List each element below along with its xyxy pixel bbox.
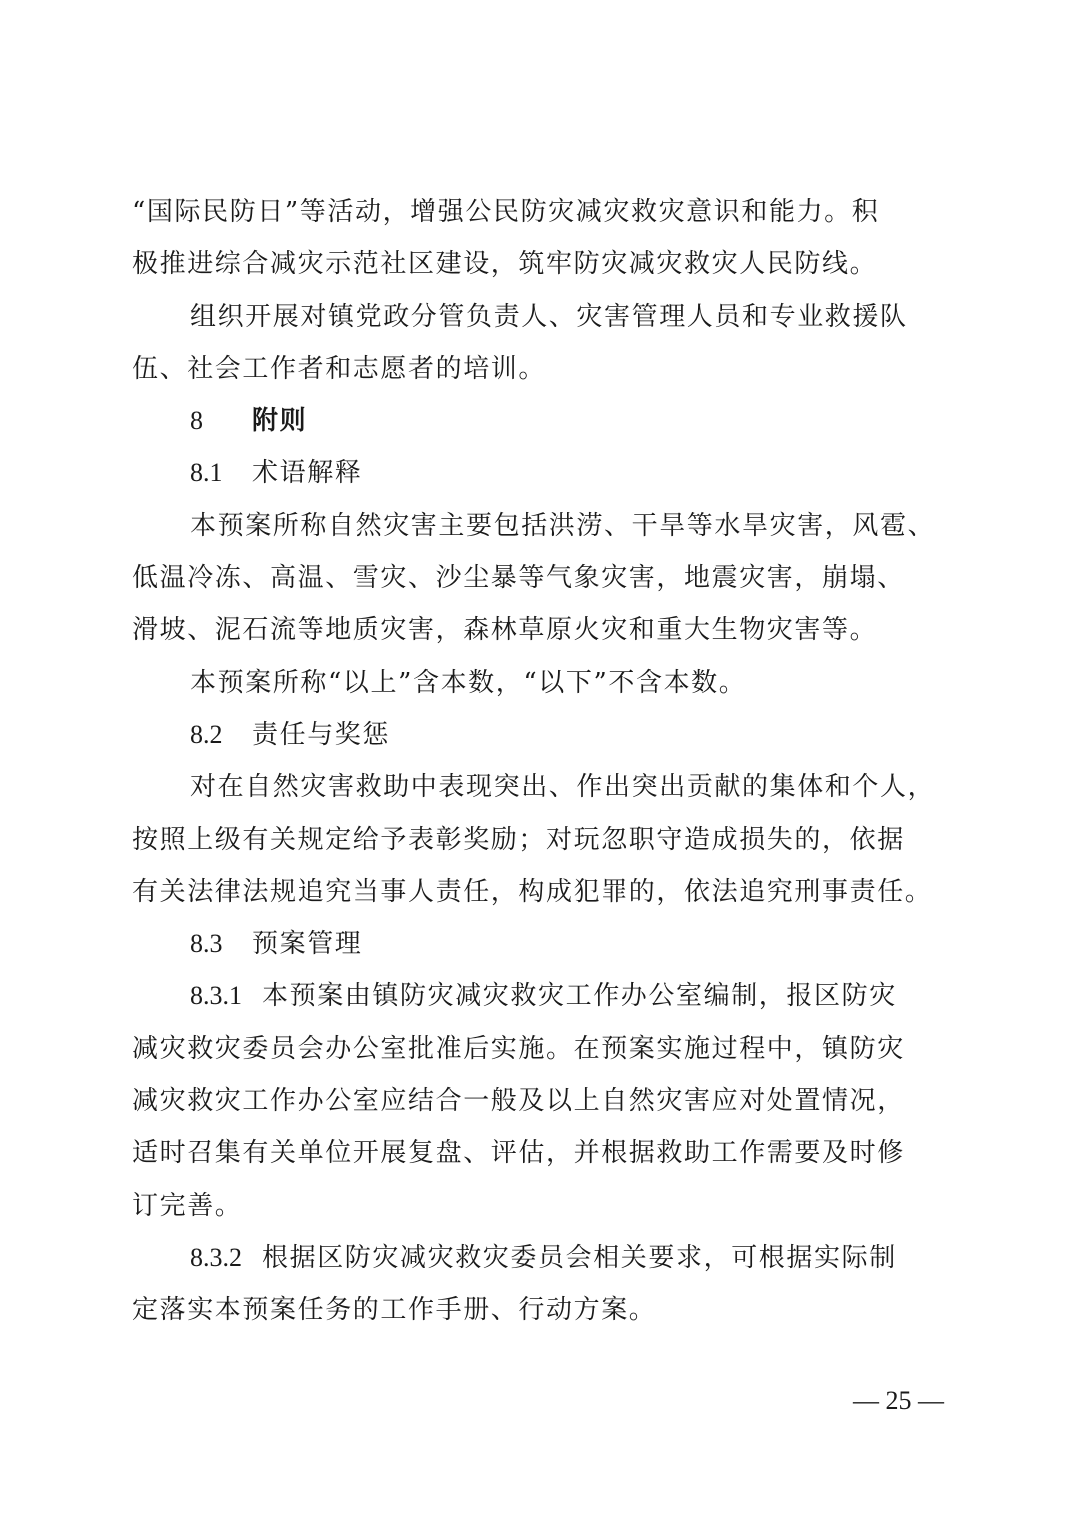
section-number: 8.2 (190, 709, 252, 761)
section-number: 8.3 (190, 918, 252, 970)
section-title: 预案管理 (252, 929, 362, 959)
section-heading-8: 8附则 (132, 395, 946, 447)
text-line: 减灾救灾委员会办公室批准后实施。在预案实施过程中，镇防灾 (132, 1023, 946, 1075)
text-line: 伍、社会工作者和志愿者的培训。 (132, 343, 946, 395)
document-page: “国际民防日”等活动，增强公民防灾减灾救灾意识和能力。积 极推进综合减灾示范社区… (132, 186, 946, 1337)
paragraph-8-3-2-first-line: 8.3.2根据区防灾减灾救灾委员会相关要求，可根据实际制 (132, 1232, 946, 1284)
text-line: 本预案所称自然灾害主要包括洪涝、干旱等水旱灾害，风雹、 (132, 500, 946, 552)
paragraph-8-3-1-first-line: 8.3.1本预案由镇防灾减灾救灾工作办公室编制，报区防灾 (132, 970, 946, 1022)
text-line: 极推进综合减灾示范社区建设，筑牢防灾减灾救灾人民防线。 (132, 238, 946, 290)
section-heading-8-1: 8.1术语解释 (132, 447, 946, 499)
section-title: 责任与奖惩 (252, 720, 390, 750)
paragraph-number: 8.3.1 (190, 981, 242, 1010)
section-title: 附则 (252, 406, 307, 436)
text-line: 本预案所称“以上”含本数，“以下”不含本数。 (132, 657, 946, 709)
text-line: 减灾救灾工作办公室应结合一般及以上自然灾害应对处置情况， (132, 1075, 946, 1127)
section-heading-8-2: 8.2责任与奖惩 (132, 709, 946, 761)
section-title: 术语解释 (252, 458, 362, 488)
text-line: 对在自然灾害救助中表现突出、作出突出贡献的集体和个人， (132, 761, 946, 813)
page-number: — 25 — (853, 1386, 944, 1416)
paragraph-number: 8.3.2 (190, 1243, 242, 1272)
text-line: 按照上级有关规定给予表彰奖励；对玩忽职守造成损失的，依据 (132, 814, 946, 866)
text-segment: 本预案由镇防灾减灾救灾工作办公室编制，报区防灾 (262, 981, 897, 1011)
text-line: 组织开展对镇党政分管负责人、灾害管理人员和专业救援队 (132, 291, 946, 343)
text-line: 定落实本预案任务的工作手册、行动方案。 (132, 1284, 946, 1336)
text-line: 低温冷冻、高温、雪灾、沙尘暴等气象灾害，地震灾害，崩塌、 (132, 552, 946, 604)
section-number: 8.1 (190, 447, 252, 499)
text-line: “国际民防日”等活动，增强公民防灾减灾救灾意识和能力。积 (132, 186, 946, 238)
section-heading-8-3: 8.3预案管理 (132, 918, 946, 970)
text-line: 滑坡、泥石流等地质灾害，森林草原火灾和重大生物灾害等。 (132, 604, 946, 656)
text-line: 订完善。 (132, 1180, 946, 1232)
text-line: 有关法律法规追究当事人责任，构成犯罪的，依法追究刑事责任。 (132, 866, 946, 918)
section-number: 8 (190, 395, 252, 447)
text-line: 适时召集有关单位开展复盘、评估，并根据救助工作需要及时修 (132, 1127, 946, 1179)
text-segment: 根据区防灾减灾救灾委员会相关要求，可根据实际制 (262, 1243, 897, 1273)
